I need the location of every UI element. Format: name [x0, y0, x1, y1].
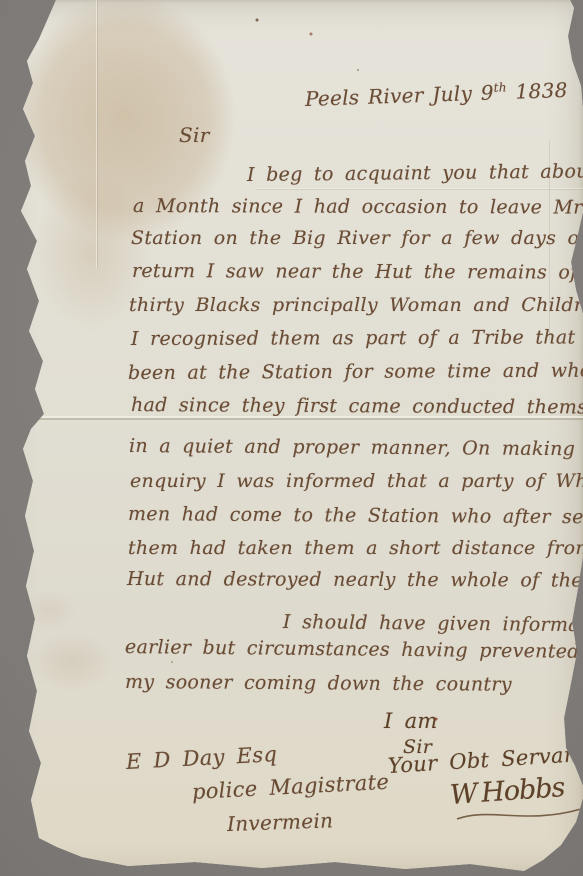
dateline-place-day: Peels River July 9 [305, 80, 495, 111]
body-line: been at the Station for some time and wh… [128, 360, 583, 384]
dateline-ordinal: th [493, 80, 507, 94]
address-line: E D Day Esq [125, 742, 277, 774]
letter-paper: Peels River July 9th 1838 Sir I beg to a… [0, 0, 583, 876]
body-line: I beg to acquaint you that about [247, 160, 583, 186]
address-line: Invermein [227, 808, 334, 836]
body-line: my sooner coming down the country [125, 671, 512, 696]
body-line: return I saw near the Hut the remains of… [132, 260, 583, 284]
closing-line: I am [384, 709, 438, 733]
body-line: men had come to the Station who after se… [128, 503, 583, 529]
dateline: Peels River July 9th 1838 [305, 78, 568, 111]
address-line: police Magistrate [191, 770, 389, 804]
body-line: I should have given information [283, 611, 583, 637]
body-line: Station on the Big River for a few days … [131, 227, 583, 249]
dateline-year: 1838 [515, 78, 568, 104]
horizontal-fold-crease-faint [255, 188, 583, 191]
salutation: Sir [179, 123, 210, 147]
body-line: a Month since I had occasion to leave Mr… [133, 195, 583, 219]
body-line: had since they first came conducted them… [131, 394, 583, 419]
body-line: them had taken them a short distance fro… [128, 537, 583, 559]
body-line: I recognised them as part of a Tribe tha… [131, 326, 583, 350]
body-line: Hut and destroyed nearly the whole of th… [127, 568, 583, 592]
photo-backdrop: Peels River July 9th 1838 Sir I beg to a… [0, 0, 583, 876]
body-line: enquiry I was informed that a party of W… [130, 470, 583, 492]
vertical-fold-crease [96, 0, 99, 268]
body-line: in a quiet and proper manner, On making … [129, 435, 583, 460]
signature-flourish [455, 803, 583, 827]
body-line: thirty Blacks principally Woman and Chil… [129, 294, 583, 316]
body-line: earlier but circumstances having prevent… [125, 636, 580, 663]
